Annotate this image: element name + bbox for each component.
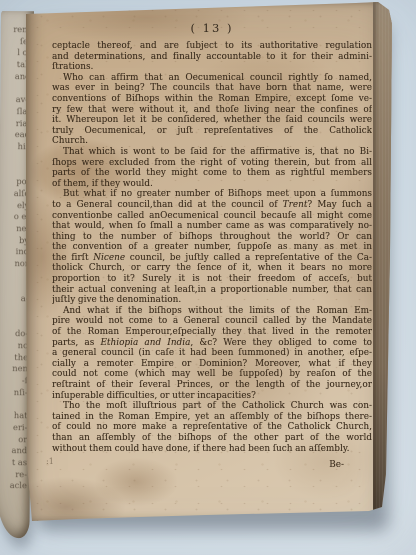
text-line: truly Oecumenical, or juſt repreſentativ… [52,126,372,137]
left-page-fragment-line: and [0,71,30,83]
left-page-fragment-line: or [0,434,27,446]
book-fore-edge [373,2,392,522]
catchword: Be- [329,460,344,470]
left-page-fragment-line: ne, [0,223,29,235]
text-line: that would, when ſo ſmall a number came … [52,221,372,232]
text-line: That which is wont to be ſaid for the af… [52,147,372,158]
left-page-fragment-line [0,83,30,95]
left-page-fragment-line: his [0,141,30,153]
text-line: to a General council,than did at the cou… [52,200,372,211]
left-page-fragment-line: hat [0,410,28,422]
text-line: was ever in being? The councils that hav… [52,83,372,94]
text-line: juſtly give the denomination. [52,295,372,306]
left-page-fragment-line: and [0,445,27,457]
left-page-fragment-line: eri- [0,422,27,434]
left-page-fragment-line: a- [0,293,29,305]
catchword-row: Be- [52,460,372,471]
text-line: ſtrations. [52,62,372,73]
page-number: ( 13 ) [52,21,372,35]
text-line: conventions of Biſhops within the Roman … [52,94,372,105]
text-line: of them, if they would. [52,179,372,190]
text-line: parts of the world they might come to th… [52,168,372,179]
press-mark: :1 [46,457,54,466]
left-page-fragment-line: ely [0,200,29,212]
left-page-fragment-line: nor [0,258,29,270]
text-line: reſtraint of their ſeveral Princes, or t… [52,380,372,391]
page-leaf: ( 13 ) ceptacle thereof, and are ſubject… [26,2,392,522]
text-line: proportion to it? Surely it is not their… [52,274,372,285]
left-page-fragment-line: alſo [0,188,29,200]
left-page-fragment-line [0,270,29,282]
left-page-fragment-line [0,164,30,176]
text-line: the firſt Nicene council, be juſtly call… [52,253,372,264]
text-line: of the Roman Emperour,eſpecially they th… [52,327,372,338]
text-line: Tho the moſt illuſtrious part of the Cat… [52,401,372,412]
left-page-fragment-line: do- [0,328,28,340]
text-line: inſuperable difficulties, or utter incap… [52,391,372,402]
left-page-fragment-line: acle [0,480,27,492]
left-page-fragment-line: o e- [0,211,29,223]
text-line: parts, as Ethiopia and India, &c? Were t… [52,338,372,349]
left-page-fragment-line [0,317,28,329]
left-page-fragment-line: ſla- [0,106,30,118]
text-line: without them could have done, if there h… [52,444,372,455]
left-page-fragment-line: nen [0,363,28,375]
left-page-fragment-line: -ſ [0,375,28,387]
left-page-fragment-line: re- [0,469,27,481]
text-line: conventionbe called anOecumenical counci… [52,211,372,222]
left-page-fragment-line: by [0,235,29,247]
text-line: a general council (in caſe it had been ſ… [52,348,372,359]
left-page-fragment-line: nſi- [0,387,28,399]
text-line: And what if the biſhops without the limi… [52,306,372,317]
left-page-fragment-line: ind [0,246,29,258]
text-line: ſhops were excluded from the right of vo… [52,158,372,169]
text-line: ry few that were without it, and thoſe l… [52,105,372,116]
text-line: But what if no greater number of Biſhops… [52,189,372,200]
left-page-fragment-line: no [0,340,28,352]
text-line: ceptacle thereof, and are ſubject to its… [52,41,372,52]
text-line: their actual convening at leaſt,in a pro… [52,285,372,296]
text-line: it. Whereupon let it be conſidered, whet… [52,115,372,126]
text-line: cially a remoter Empire or Dominion? Mor… [52,359,372,370]
left-page-fragment-line: the [0,352,28,364]
text-line: Church. [52,136,372,147]
body-text: ceptacle thereof, and are ſubject to its… [52,41,372,471]
text-line: the convention of a greater number, ſupp… [52,242,372,253]
left-page-fragment-line: rial [0,118,30,130]
left-page-fragment-line: po- [0,176,30,188]
text-line: pire would not come to a General council… [52,316,372,327]
left-page-fragment-line [0,398,28,410]
text-line: Who can affirm that an Oecumenical counc… [52,73,372,84]
photo-canvas: rentſe-l oftal-and aveſla-rialeadhis po-… [0,0,416,555]
text-line: tholick Church, or carry the ſence of it… [52,263,372,274]
text-line: of could no more make a repreſentative o… [52,422,372,433]
text-line: and determinations, and finally accounta… [52,52,372,63]
left-page-fragment-line [0,153,30,165]
left-page-fragment-line [0,305,28,317]
left-page-fragment-line: ave [0,94,30,106]
text-line: tained in the Roman Empire, yet an aſſem… [52,412,372,423]
text-line: thing to the number of biſhops throughou… [52,232,372,243]
left-page-fragment-line: t as [0,457,27,469]
left-page-fragment-line [0,281,29,293]
text-line: than an aſſembly of the biſhops of the o… [52,433,372,444]
text-line: could not come (which may well be ſuppoſ… [52,369,372,380]
left-page-fragment-line: ead [0,129,30,141]
